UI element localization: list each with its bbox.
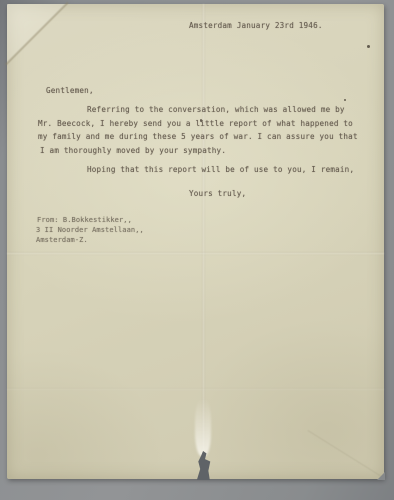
sender-city-line: Amsterdam-Z.	[36, 236, 88, 244]
ink-speck	[367, 45, 370, 48]
sender-address-line: 3 II Noorder Amstellaan,,	[36, 226, 144, 234]
body-line: my family and me during these 5 years of…	[38, 132, 358, 141]
fold-crease-horizontal-faint	[7, 388, 384, 390]
closing-line: Hoping that this report will be of use t…	[87, 165, 354, 174]
ink-speck	[344, 99, 346, 101]
letter-photo: Amsterdam January 23rd 1946. Gentlemen, …	[0, 0, 394, 500]
body-line: I am thoroughly moved by your sympathy.	[40, 146, 226, 155]
body-line: Mr. Beecock, I hereby send you a little …	[38, 119, 353, 128]
fold-crease-horizontal	[7, 252, 384, 255]
dateline: Amsterdam January 23rd 1946.	[189, 21, 323, 30]
valediction: Yours truly,	[189, 189, 246, 198]
body-line: Referring to the conversation, which was…	[87, 105, 345, 114]
tear-scuff	[195, 398, 211, 456]
sender-from-line: From: B.Bokkestikker,,	[37, 216, 132, 224]
salutation: Gentlemen,	[46, 86, 94, 95]
